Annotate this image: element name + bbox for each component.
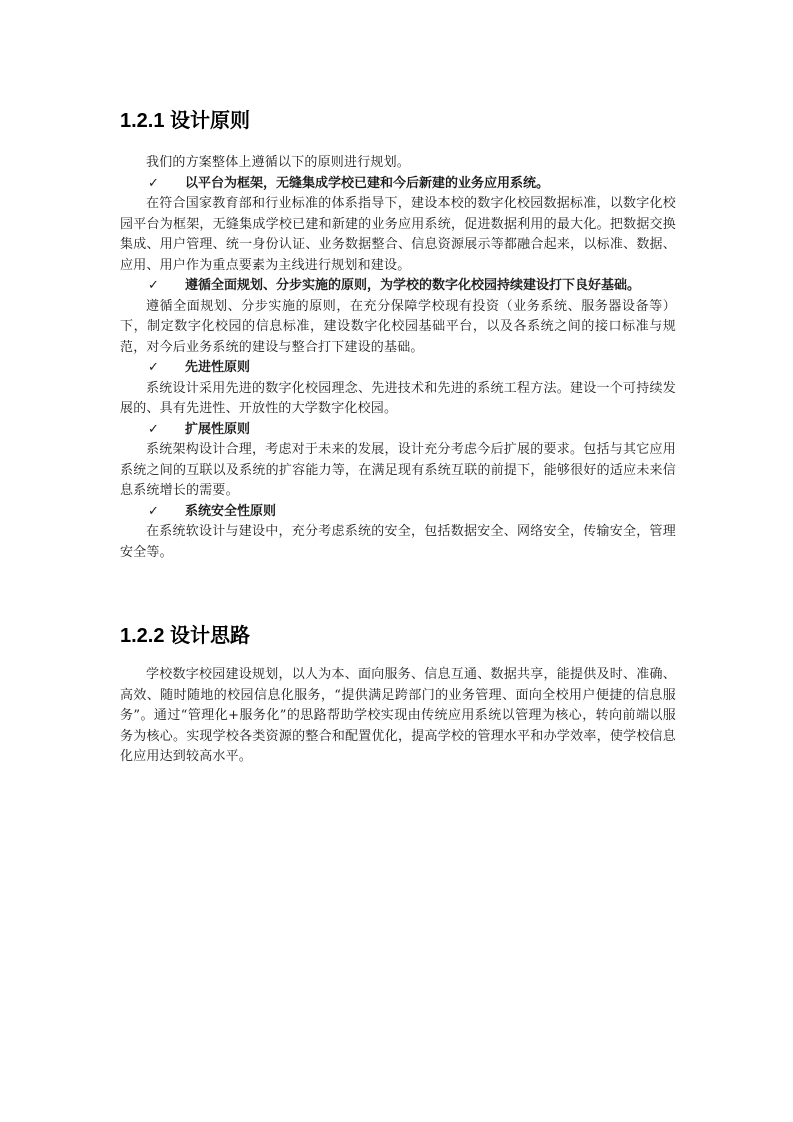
section-heading-design-principles: 1.2.1 设计原则 [120,104,250,133]
section-heading-design-approach: 1.2.2 设计思路 [120,619,250,648]
principle-item-platform: ✓ 以平台为框架，无缝集成学校已建和今后新建的业务应用系统。 [100,174,676,195]
checkmark-icon: ✓ [100,276,185,297]
principle-title: 系统安全性原则 [185,502,676,523]
checkmark-icon: ✓ [100,420,185,441]
approach-block: 学校数字校园建设规划，以人为本、面向服务、信息互通、数据共享，能提供及时、准确、… [120,665,676,768]
principle-title: 先进性原则 [185,358,676,379]
principle-title: 扩展性原则 [185,420,676,441]
intro-paragraph: 我们的方案整体上遵循以下的原则进行规划。 [120,153,676,174]
principle-body: 在符合国家教育部和行业标准的体系指导下，建设本校的数字化校园数据标准，以数字化校… [120,194,676,276]
checkmark-icon: ✓ [100,502,185,523]
principle-item-extensibility: ✓ 扩展性原则 [100,420,676,441]
principle-body: 系统设计采用先进的数字化校园理念、先进技术和先进的系统工程方法。建设一个可持续发… [120,379,676,420]
principle-item-planning: ✓ 遵循全面规划、分步实施的原则，为学校的数字化校园持续建设打下良好基础。 [100,276,676,297]
checkmark-icon: ✓ [100,358,185,379]
checkmark-icon: ✓ [100,174,185,195]
principles-block: 我们的方案整体上遵循以下的原则进行规划。 ✓ 以平台为框架，无缝集成学校已建和今… [120,153,676,563]
principle-body: 遵循全面规划、分步实施的原则，在充分保障学校现有投资（业务系统、服务器设备等）下… [120,297,676,359]
principle-title: 以平台为框架，无缝集成学校已建和今后新建的业务应用系统。 [185,174,676,195]
approach-paragraph: 学校数字校园建设规划，以人为本、面向服务、信息互通、数据共享，能提供及时、准确、… [120,665,676,768]
principle-title: 遵循全面规划、分步实施的原则，为学校的数字化校园持续建设打下良好基础。 [185,276,676,297]
principle-item-advanced: ✓ 先进性原则 [100,358,676,379]
principle-body: 系统架构设计合理，考虑对于未来的发展，设计充分考虑今后扩展的要求。包括与其它应用… [120,440,676,502]
principle-body: 在系统软设计与建设中，充分考虑系统的安全，包括数据安全、网络安全，传输安全，管理… [120,522,676,563]
principle-item-security: ✓ 系统安全性原则 [100,502,676,523]
